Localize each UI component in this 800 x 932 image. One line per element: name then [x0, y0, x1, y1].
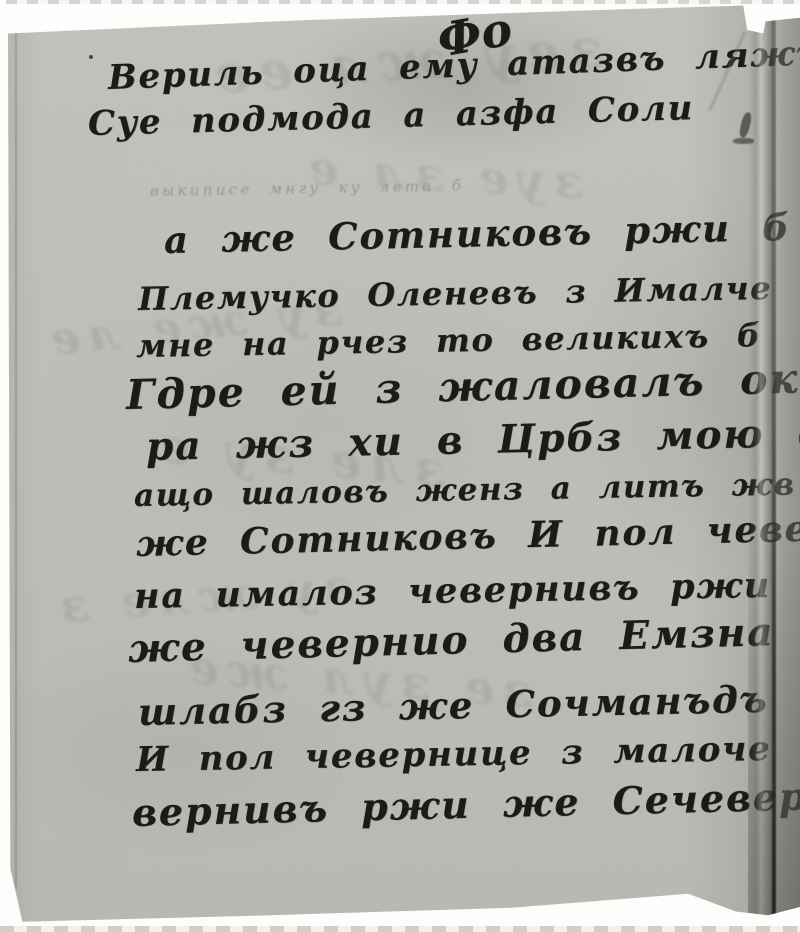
scan-edge-strip-bottom: [0, 926, 800, 932]
scan-edge-strip-top: [6, 0, 800, 4]
manuscript-page: зеу жл ее зуе зл е зу же ле зле зу е зу …: [0, 0, 800, 932]
manuscript-scan: зеу жл ее зуе зл е зу же ле зле зу е зу …: [0, 0, 800, 932]
spine-ink-mark: [733, 138, 754, 144]
page-left-crease: [15, 32, 17, 888]
spine-crease-line: [772, 14, 776, 916]
ink-speck: [89, 55, 93, 59]
